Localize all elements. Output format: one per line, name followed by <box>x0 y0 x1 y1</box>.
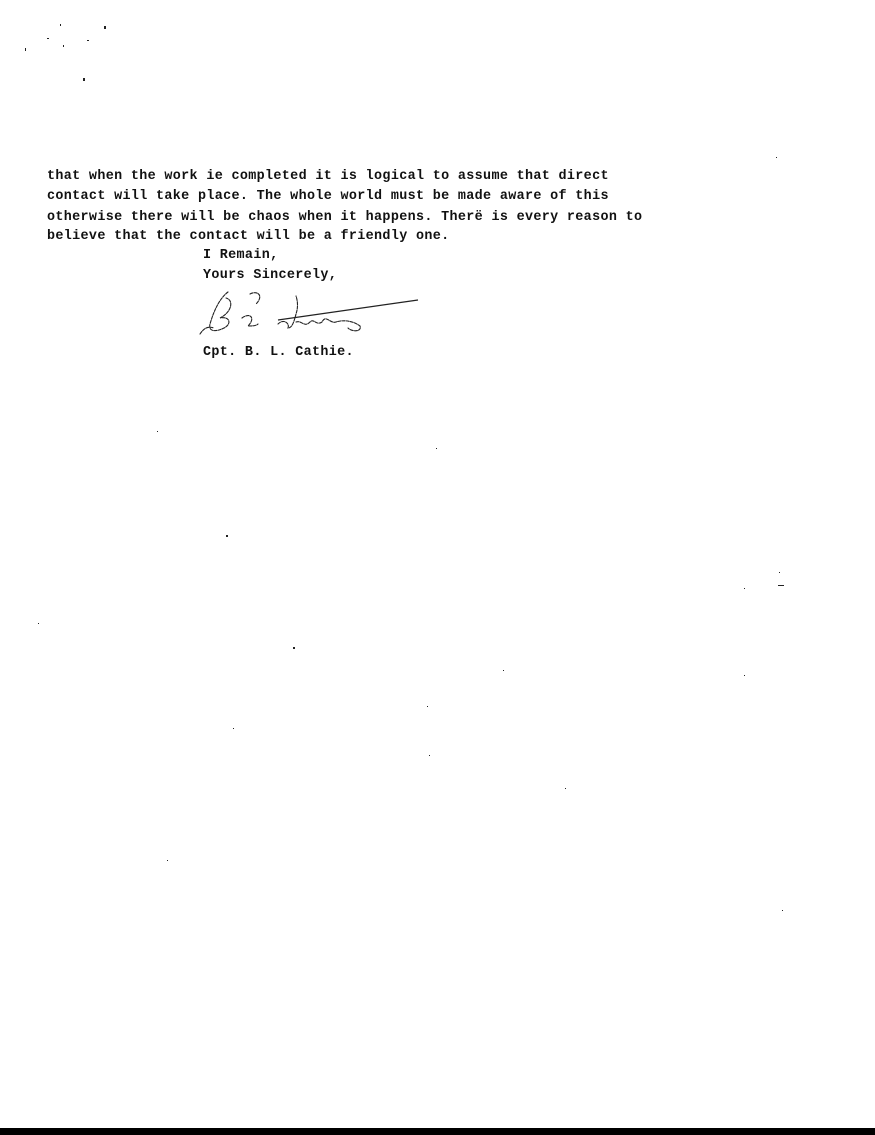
body-line: otherwise there will be chaos when it ha… <box>47 210 642 226</box>
scan-speck <box>565 788 566 789</box>
scan-speck <box>429 755 430 756</box>
scan-speck <box>25 48 26 51</box>
document-page: that when the work ie completed it is lo… <box>0 0 875 1135</box>
scan-bottom-edge <box>0 1128 875 1135</box>
scan-speck <box>47 38 49 39</box>
closing-sincerely: Yours Sincerely, <box>203 268 337 284</box>
scan-speck <box>744 675 745 676</box>
scan-speck <box>503 670 504 671</box>
scan-speck <box>778 585 784 586</box>
scan-speck <box>83 78 85 81</box>
scan-speck <box>167 860 168 861</box>
scan-speck <box>104 26 106 29</box>
scan-speck <box>63 45 64 47</box>
scan-speck <box>782 910 783 911</box>
scan-speck <box>226 535 228 537</box>
scan-speck <box>60 24 61 26</box>
scan-speck <box>233 728 234 729</box>
scan-speck <box>157 431 158 432</box>
signatory-name: Cpt. B. L. Cathie. <box>203 345 354 361</box>
scan-speck <box>38 623 39 624</box>
scan-speck <box>87 40 89 41</box>
scan-speck <box>776 157 777 158</box>
closing-remain: I Remain, <box>203 248 278 264</box>
body-line: contact will take place. The whole world… <box>47 189 609 205</box>
scan-speck <box>427 706 428 707</box>
scan-speck <box>436 448 437 449</box>
body-line: that when the work ie completed it is lo… <box>47 169 609 185</box>
body-line: believe that the contact will be a frien… <box>47 229 450 245</box>
handwritten-signature-icon <box>192 288 422 340</box>
scan-speck <box>293 647 295 649</box>
scan-speck <box>779 572 780 573</box>
scan-speck <box>744 588 745 589</box>
